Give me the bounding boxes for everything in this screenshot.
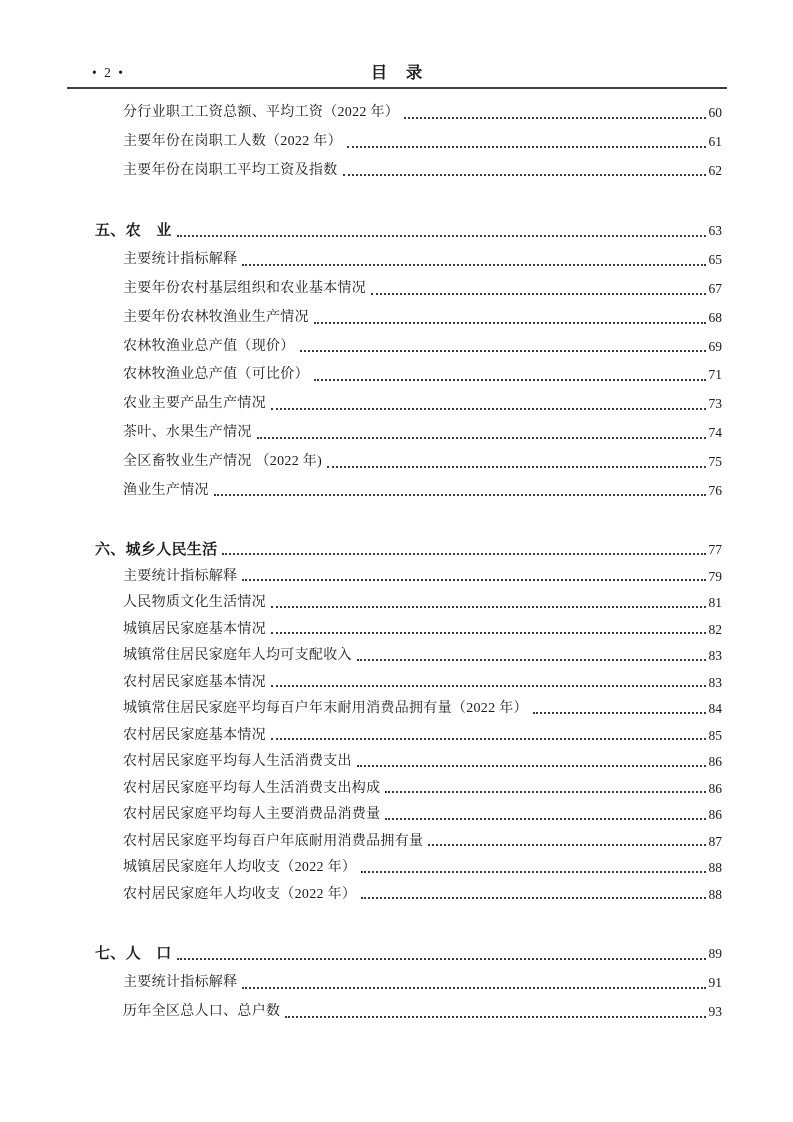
dot-leader (352, 643, 709, 670)
toc-entry: 主要年份在岗职工人数（2022 年）61 (0, 128, 793, 157)
dot-leader (266, 617, 709, 644)
toc-entry: 主要年份农村基层组织和农业基本情况67 (0, 275, 793, 304)
toc-entry-title: 主要年份农村基层组织和农业基本情况 (123, 275, 366, 304)
toc-entry-title: 农林牧渔业总产值（现价） (123, 333, 295, 362)
toc-entry: 农村居民家庭年人均收支（2022 年）88 (0, 882, 793, 909)
toc-entry-title: 主要年份在岗职工人数（2022 年） (123, 128, 342, 157)
toc-entry: 主要年份在岗职工平均工资及指数62 (0, 157, 793, 186)
toc-page-ref: 74 (709, 419, 723, 448)
toc-entry: 历年全区总人口、总户数93 (0, 998, 793, 1027)
toc-entry: 农村居民家庭平均每人主要消费品消费量86 (0, 802, 793, 829)
toc-entry: 主要统计指标解释65 (0, 246, 793, 275)
dot-leader (295, 333, 709, 362)
toc-page-ref: 76 (709, 477, 723, 506)
dot-leader (209, 477, 709, 506)
toc-page-ref: 68 (709, 304, 723, 333)
toc-page-ref: 75 (709, 448, 723, 477)
toc-entry-title: 农村居民家庭年人均收支（2022 年） (123, 882, 356, 909)
toc-entry-title: 农村居民家庭基本情况 (123, 670, 266, 697)
toc-page-ref: 87 (709, 829, 723, 856)
toc-entry: 主要统计指标解释91 (0, 969, 793, 998)
toc-entry: 茶叶、水果生产情况74 (0, 419, 793, 448)
toc-entry-title: 农村居民家庭平均每百户年底耐用消费品拥有量 (123, 829, 423, 856)
toc-entry-title: 城镇居民家庭基本情况 (123, 617, 266, 644)
dot-leader (172, 217, 709, 246)
toc-entry: 农林牧渔业总产值（现价）69 (0, 333, 793, 362)
toc-entry-title: 农村居民家庭平均每人生活消费支出构成 (123, 776, 380, 803)
toc-page-ref: 85 (709, 723, 723, 750)
dot-leader (252, 419, 709, 448)
toc-entry-title: 农村居民家庭基本情况 (123, 723, 266, 750)
page-header: • 2 • 目 录 (67, 60, 727, 89)
toc-entry-title: 人民物质文化生活情况 (123, 590, 266, 617)
dot-leader (342, 128, 709, 157)
toc-entry-title: 分行业职工工资总额、平均工资（2022 年） (123, 99, 399, 128)
dot-leader (338, 157, 709, 186)
toc-entry-title: 全区畜牧业生产情况 （2022 年) (123, 448, 322, 477)
dot-leader (322, 448, 708, 477)
toc-entry-title: 城镇居民家庭年人均收支（2022 年） (123, 855, 356, 882)
toc-block: 五、农 业63主要统计指标解释65主要年份农村基层组织和农业基本情况67主要年份… (0, 217, 793, 505)
toc-entry: 城镇常住居民家庭平均每百户年末耐用消费品拥有量（2022 年）84 (0, 696, 793, 723)
dot-leader (309, 361, 709, 390)
toc-entry: 农村居民家庭平均每人生活消费支出86 (0, 749, 793, 776)
toc-entry-title: 历年全区总人口、总户数 (123, 998, 280, 1027)
toc-page-ref: 83 (709, 643, 723, 670)
toc-entry: 城镇常住居民家庭年人均可支配收入83 (0, 643, 793, 670)
toc-entry-title: 城镇常住居民家庭平均每百户年末耐用消费品拥有量（2022 年） (123, 696, 528, 723)
dot-leader (366, 275, 708, 304)
toc-page-ref: 65 (709, 246, 723, 275)
dot-leader (356, 882, 708, 909)
toc-block: 七、人 口89主要统计指标解释91历年全区总人口、总户数93 (0, 940, 793, 1026)
toc-entry: 全区畜牧业生产情况 （2022 年)75 (0, 448, 793, 477)
toc-page-ref: 86 (709, 776, 723, 803)
toc-page-ref: 93 (709, 998, 723, 1027)
toc-entry-title: 渔业生产情况 (123, 477, 209, 506)
toc-entry: 主要统计指标解释79 (0, 564, 793, 591)
dot-leader (356, 855, 708, 882)
toc-entry: 城镇居民家庭年人均收支（2022 年）88 (0, 855, 793, 882)
toc-entry-title: 主要年份在岗职工平均工资及指数 (123, 157, 338, 186)
toc-entry-title: 农业主要产品生产情况 (123, 390, 266, 419)
toc-block: 分行业职工工资总额、平均工资（2022 年）60主要年份在岗职工人数（2022 … (0, 99, 793, 185)
toc-page-ref: 82 (709, 617, 723, 644)
toc-entry-title: 主要年份农林牧渔业生产情况 (123, 304, 309, 333)
dot-leader (266, 723, 709, 750)
dot-leader (399, 99, 708, 128)
toc-page-ref: 88 (709, 855, 723, 882)
toc-page-ref: 86 (709, 802, 723, 829)
toc-section-heading: 五、农 业63 (0, 217, 793, 246)
toc-entry-title: 农林牧渔业总产值（可比价） (123, 361, 309, 390)
dot-leader (380, 776, 708, 803)
toc-page-ref: 61 (709, 128, 723, 157)
toc-section-title: 七、人 口 (95, 940, 172, 969)
toc-entry: 农村居民家庭基本情况83 (0, 670, 793, 697)
toc-section-heading: 七、人 口89 (0, 940, 793, 969)
toc-page-ref: 67 (709, 275, 723, 304)
toc-page-ref: 63 (709, 217, 723, 246)
toc-entry: 农林牧渔业总产值（可比价）71 (0, 361, 793, 390)
dot-leader (528, 696, 709, 723)
toc-entry-title: 主要统计指标解释 (123, 246, 237, 275)
toc-entry-title: 主要统计指标解释 (123, 564, 237, 591)
toc-page-ref: 73 (709, 390, 723, 419)
toc-page: • 2 • 目 录 分行业职工工资总额、平均工资（2022 年）60主要年份在岗… (0, 0, 793, 1122)
dot-leader (266, 390, 709, 419)
toc-page-ref: 89 (709, 940, 723, 969)
toc-page-ref: 69 (709, 333, 723, 362)
toc-entry-title: 农村居民家庭平均每人主要消费品消费量 (123, 802, 380, 829)
dot-leader (280, 998, 708, 1027)
toc-entry-title: 城镇常住居民家庭年人均可支配收入 (123, 643, 352, 670)
toc-page-ref: 77 (709, 537, 723, 564)
dot-leader (423, 829, 708, 856)
header-title: 目 录 (67, 60, 727, 85)
toc-entry: 人民物质文化生活情况81 (0, 590, 793, 617)
toc: 分行业职工工资总额、平均工资（2022 年）60主要年份在岗职工人数（2022 … (0, 99, 793, 1027)
toc-entry: 主要年份农林牧渔业生产情况68 (0, 304, 793, 333)
toc-entry: 农业主要产品生产情况73 (0, 390, 793, 419)
toc-block: 六、城乡人民生活77主要统计指标解释79人民物质文化生活情况81城镇居民家庭基本… (0, 537, 793, 908)
toc-page-ref: 62 (709, 157, 723, 186)
toc-entry: 农村居民家庭平均每百户年底耐用消费品拥有量87 (0, 829, 793, 856)
toc-page-ref: 71 (709, 361, 723, 390)
toc-entry: 农村居民家庭基本情况85 (0, 723, 793, 750)
dot-leader (266, 670, 709, 697)
toc-page-ref: 60 (709, 99, 723, 128)
toc-page-ref: 86 (709, 749, 723, 776)
toc-entry-title: 茶叶、水果生产情况 (123, 419, 252, 448)
dot-leader (266, 590, 709, 617)
toc-page-ref: 88 (709, 882, 723, 909)
toc-page-ref: 81 (709, 590, 723, 617)
toc-section-title: 五、农 业 (95, 217, 172, 246)
dot-leader (172, 940, 709, 969)
toc-entry: 城镇居民家庭基本情况82 (0, 617, 793, 644)
dot-leader (237, 246, 708, 275)
dot-leader (237, 564, 708, 591)
dot-leader (217, 537, 708, 564)
dot-leader (309, 304, 709, 333)
toc-page-ref: 83 (709, 670, 723, 697)
toc-page-ref: 84 (709, 696, 723, 723)
toc-section-title: 六、城乡人民生活 (95, 537, 217, 564)
dot-leader (352, 749, 709, 776)
toc-page-ref: 91 (709, 969, 723, 998)
toc-entry: 农村居民家庭平均每人生活消费支出构成86 (0, 776, 793, 803)
toc-page-ref: 79 (709, 564, 723, 591)
toc-entry-title: 主要统计指标解释 (123, 969, 237, 998)
dot-leader (380, 802, 708, 829)
toc-entry: 渔业生产情况76 (0, 477, 793, 506)
toc-entry-title: 农村居民家庭平均每人生活消费支出 (123, 749, 352, 776)
dot-leader (237, 969, 708, 998)
toc-entry: 分行业职工工资总额、平均工资（2022 年）60 (0, 99, 793, 128)
toc-section-heading: 六、城乡人民生活77 (0, 537, 793, 564)
